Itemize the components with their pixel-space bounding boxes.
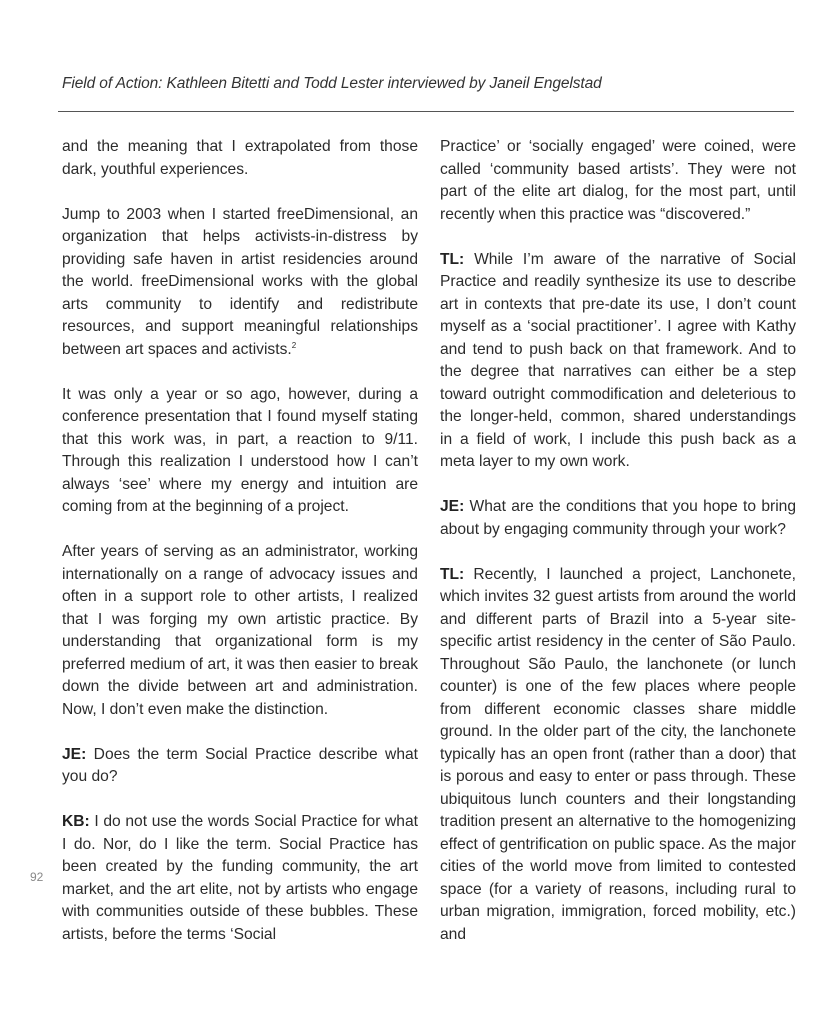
answer-paragraph: KB: I do not use the words Social Practi…: [62, 811, 418, 946]
paragraph: Practice’ or ‘socially engaged’ were coi…: [440, 136, 796, 226]
header-rule: [58, 111, 794, 112]
answer-paragraph: TL: Recently, I launched a project, Lanc…: [440, 564, 796, 947]
question-paragraph: JE: Does the term Social Practice descri…: [62, 744, 418, 789]
paragraph: It was only a year or so ago, however, d…: [62, 384, 418, 519]
speaker-label: JE:: [62, 746, 86, 763]
speaker-label: KB:: [62, 813, 90, 830]
paragraph: Jump to 2003 when I started freeDimensio…: [62, 204, 418, 362]
speaker-label: JE:: [440, 498, 464, 515]
paragraph-text: Jump to 2003 when I started freeDimensio…: [62, 206, 418, 358]
paragraph: and the meaning that I extrapolated from…: [62, 136, 418, 181]
question-paragraph: JE: What are the conditions that you hop…: [440, 496, 796, 541]
answer-paragraph: TL: While I’m aware of the narrative of …: [440, 249, 796, 474]
speaker-label: TL:: [440, 566, 464, 583]
footnote-marker: 2: [292, 340, 296, 349]
paragraph: After years of serving as an administrat…: [62, 541, 418, 721]
paragraph-text: It was only a year or so ago, however, d…: [62, 386, 418, 516]
paragraph-text: Does the term Social Practice describe w…: [62, 746, 418, 786]
paragraph-text: While I’m aware of the narrative of Soci…: [440, 251, 796, 471]
paragraph-text: After years of serving as an administrat…: [62, 543, 418, 718]
page-number: 92: [30, 870, 43, 884]
left-column: and the meaning that I extrapolated from…: [62, 136, 418, 969]
paragraph-text: and the meaning that I extrapolated from…: [62, 138, 418, 178]
paragraph-text: Practice’ or ‘socially engaged’ were coi…: [440, 138, 796, 223]
paragraph-text: What are the conditions that you hope to…: [440, 498, 796, 538]
speaker-label: TL:: [440, 251, 464, 268]
paragraph-text: I do not use the words Social Practice f…: [62, 813, 418, 943]
right-column: Practice’ or ‘socially engaged’ were coi…: [440, 136, 796, 969]
paragraph-text: Recently, I launched a project, Lanchone…: [440, 566, 796, 943]
running-header: Field of Action: Kathleen Bitetti and To…: [62, 75, 602, 93]
